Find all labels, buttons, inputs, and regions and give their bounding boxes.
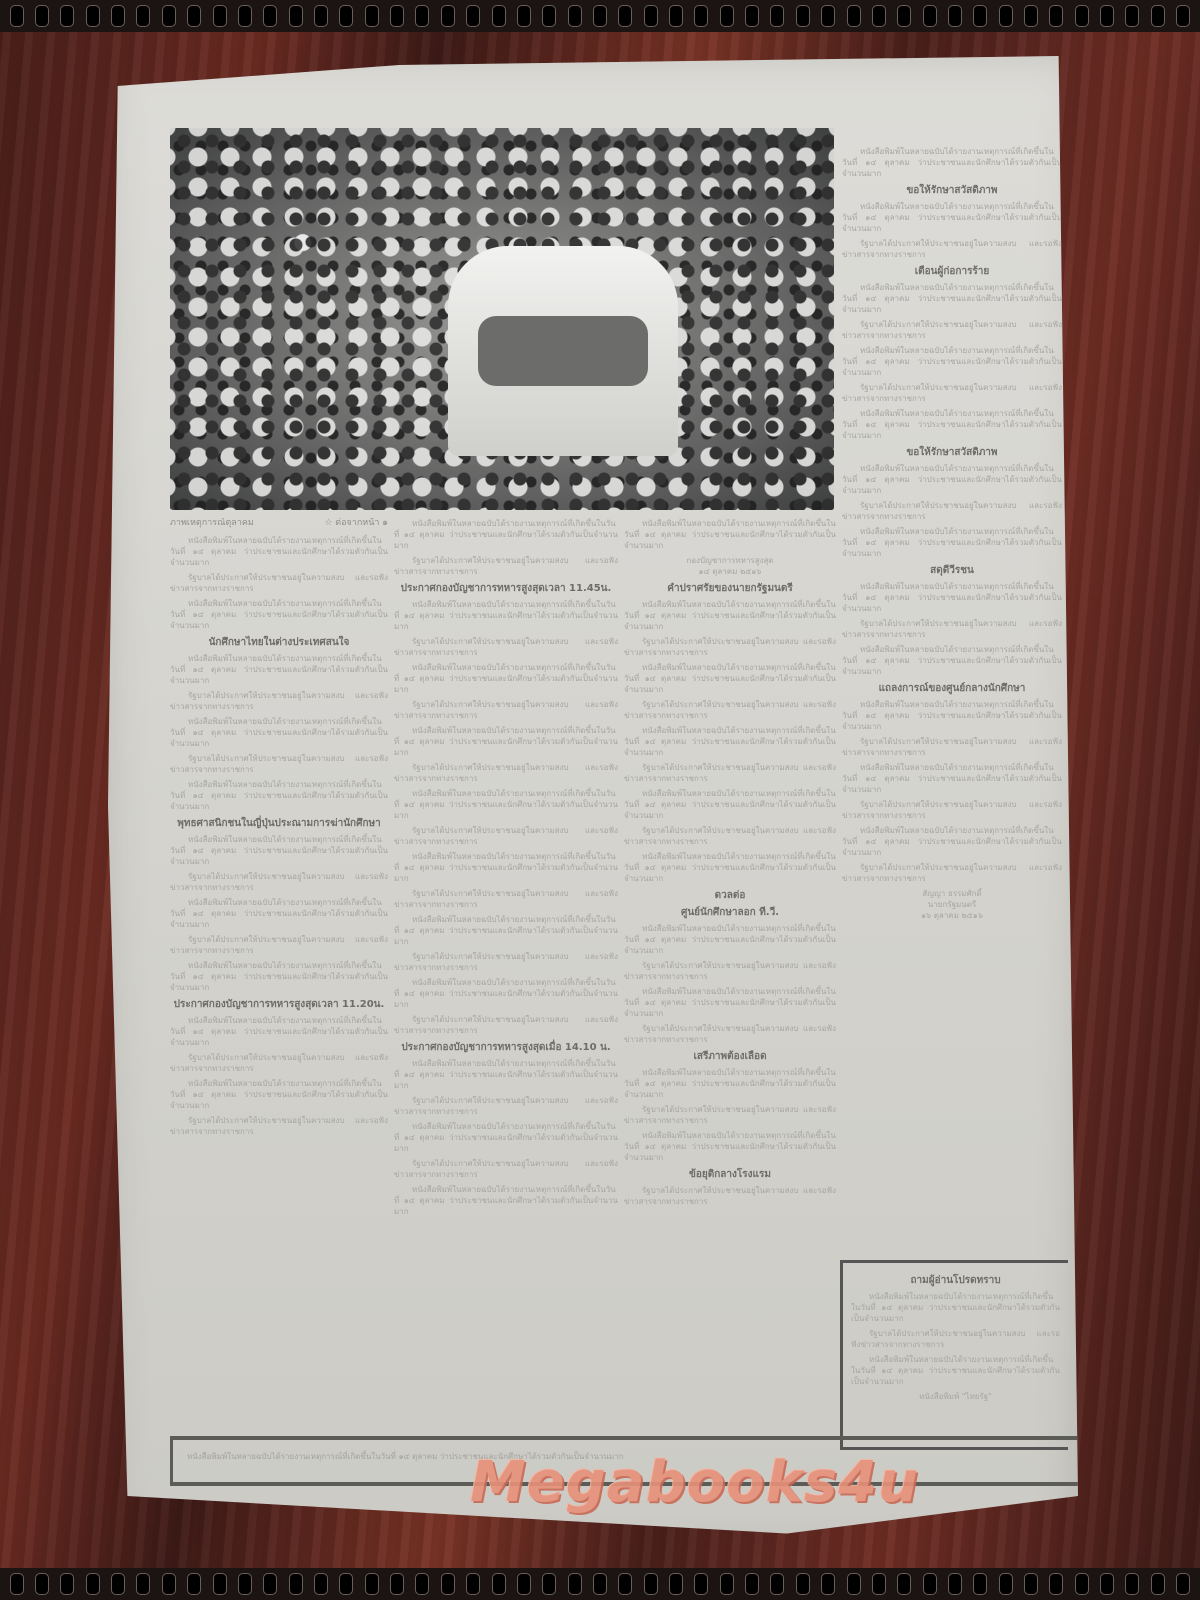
article-paragraph: รัฐบาลได้ประกาศให้ประชาชนอยู่ในความสงบ แ…	[394, 1095, 618, 1117]
article-paragraph: รัฐบาลได้ประกาศให้ประชาชนอยู่ในความสงบ แ…	[170, 572, 388, 594]
article-paragraph: หนังสือพิมพ์ในหลายฉบับได้รายงานเหตุการณ์…	[842, 146, 1062, 179]
article-paragraph: หนังสือพิมพ์ในหลายฉบับได้รายงานเหตุการณ์…	[394, 977, 618, 1010]
article-paragraph: หนังสือพิมพ์ในหลายฉบับได้รายงานเหตุการณ์…	[842, 408, 1062, 441]
article-paragraph: หนังสือพิมพ์ในหลายฉบับได้รายงานเหตุการณ์…	[624, 986, 836, 1019]
article-column-1: ภาพเหตุการณ์ตุลาคม ☆ ต่อจากหน้า ๑ หนังสื…	[170, 518, 388, 1428]
signature-line: กองบัญชาการทหารสูงสุด	[624, 555, 836, 566]
article-paragraph: หนังสือพิมพ์ในหลายฉบับได้รายงานเหตุการณ์…	[394, 914, 618, 947]
signature-date: ๑๖ ตุลาคม ๒๕๑๖	[842, 910, 1062, 921]
article-paragraph: รัฐบาลได้ประกาศให้ประชาชนอยู่ในความสงบ แ…	[394, 1014, 618, 1036]
film-strip-top	[0, 0, 1200, 32]
article-paragraph: รัฐบาลได้ประกาศให้ประชาชนอยู่ในความสงบ แ…	[394, 888, 618, 910]
article-paragraph: รัฐบาลได้ประกาศให้ประชาชนอยู่ในความสงบ แ…	[624, 762, 836, 784]
signature-name: สัญญา ธรรมศักดิ์	[842, 888, 1062, 899]
article-paragraph: รัฐบาลได้ประกาศให้ประชาชนอยู่ในความสงบ แ…	[842, 382, 1062, 404]
continued-marker: ☆ ต่อจากหน้า ๑	[324, 518, 388, 529]
article-paragraph: รัฐบาลได้ประกาศให้ประชาชนอยู่ในความสงบ แ…	[170, 753, 388, 775]
article-paragraph: หนังสือพิมพ์ในหลายฉบับได้รายงานเหตุการณ์…	[842, 526, 1062, 559]
article-paragraph: หนังสือพิมพ์ในหลายฉบับได้รายงานเหตุการณ์…	[842, 762, 1062, 795]
section-heading: เสรีภาพต้องเลือด	[624, 1051, 836, 1062]
article-paragraph: รัฐบาลได้ประกาศให้ประชาชนอยู่ในความสงบ แ…	[170, 690, 388, 712]
article-paragraph: หนังสือพิมพ์ในหลายฉบับได้รายงานเหตุการณ์…	[624, 1130, 836, 1163]
article-paragraph: หนังสือพิมพ์ในหลายฉบับได้รายงานเหตุการณ์…	[394, 662, 618, 695]
article-paragraph: รัฐบาลได้ประกาศให้ประชาชนอยู่ในความสงบ แ…	[170, 1052, 388, 1074]
article-paragraph: รัฐบาลได้ประกาศให้ประชาชนอยู่ในความสงบ แ…	[624, 699, 836, 721]
article-paragraph: รัฐบาลได้ประกาศให้ประชาชนอยู่ในความสงบ แ…	[624, 1104, 836, 1126]
article-paragraph: หนังสือพิมพ์ในหลายฉบับได้รายงานเหตุการณ์…	[394, 1184, 618, 1217]
article-paragraph: รัฐบาลได้ประกาศให้ประชาชนอยู่ในความสงบ แ…	[170, 1115, 388, 1137]
article-paragraph: หนังสือพิมพ์ในหลายฉบับได้รายงานเหตุการณ์…	[851, 1291, 1060, 1324]
article-paragraph: หนังสือพิมพ์ในหลายฉบับได้รายงานเหตุการณ์…	[170, 1015, 388, 1048]
article-paragraph: รัฐบาลได้ประกาศให้ประชาชนอยู่ในความสงบ แ…	[624, 825, 836, 847]
article-paragraph: หนังสือพิมพ์ในหลายฉบับได้รายงานเหตุการณ์…	[624, 725, 836, 758]
article-column-3: หนังสือพิมพ์ในหลายฉบับได้รายงานเหตุการณ์…	[624, 518, 836, 1428]
notice-box: ถามผู้อ่านโปรดทราบ หนังสือพิมพ์ในหลายฉบั…	[840, 1260, 1068, 1450]
section-heading: ดวลต่อ	[624, 890, 836, 901]
article-paragraph: รัฐบาลได้ประกาศให้ประชาชนอยู่ในความสงบ แ…	[394, 699, 618, 721]
article-paragraph: หนังสือพิมพ์ในหลายฉบับได้รายงานเหตุการณ์…	[624, 599, 836, 632]
article-paragraph: หนังสือพิมพ์ในหลายฉบับได้รายงานเหตุการณ์…	[842, 699, 1062, 732]
article-paragraph: รัฐบาลได้ประกาศให้ประชาชนอยู่ในความสงบ แ…	[624, 1185, 836, 1207]
article-paragraph: หนังสือพิมพ์ในหลายฉบับได้รายงานเหตุการณ์…	[624, 788, 836, 821]
article-paragraph: หนังสือพิมพ์ในหลายฉบับได้รายงานเหตุการณ์…	[624, 851, 836, 884]
article-paragraph: รัฐบาลได้ประกาศให้ประชาชนอยู่ในความสงบ แ…	[842, 618, 1062, 640]
section-heading: แถลงการณ์ของศูนย์กลางนักศึกษา	[842, 683, 1062, 694]
article-paragraph: รัฐบาลได้ประกาศให้ประชาชนอยู่ในความสงบ แ…	[842, 862, 1062, 884]
article-paragraph: รัฐบาลได้ประกาศให้ประชาชนอยู่ในความสงบ แ…	[842, 799, 1062, 821]
article-paragraph: หนังสือพิมพ์ในหลายฉบับได้รายงานเหตุการณ์…	[394, 725, 618, 758]
article-paragraph: รัฐบาลได้ประกาศให้ประชาชนอยู่ในความสงบ แ…	[170, 871, 388, 893]
section-heading: เตือนผู้ก่อการร้าย	[842, 266, 1062, 277]
article-paragraph: หนังสือพิมพ์ในหลายฉบับได้รายงานเหตุการณ์…	[842, 581, 1062, 614]
article-paragraph: หนังสือพิมพ์ในหลายฉบับได้รายงานเหตุการณ์…	[842, 825, 1062, 858]
section-heading: ขอให้รักษาสวัสดิภาพ	[842, 185, 1062, 196]
article-paragraph: หนังสือพิมพ์ในหลายฉบับได้รายงานเหตุการณ์…	[851, 1354, 1060, 1387]
article-paragraph: รัฐบาลได้ประกาศให้ประชาชนอยู่ในความสงบ แ…	[394, 825, 618, 847]
article-paragraph: หนังสือพิมพ์ในหลายฉบับได้รายงานเหตุการณ์…	[394, 788, 618, 821]
article-paragraph: หนังสือพิมพ์ในหลายฉบับได้รายงานเหตุการณ์…	[170, 598, 388, 631]
article-paragraph: หนังสือพิมพ์ในหลายฉบับได้รายงานเหตุการณ์…	[624, 662, 836, 695]
article-column-4: หนังสือพิมพ์ในหลายฉบับได้รายงานเหตุการณ์…	[842, 146, 1062, 1246]
article-paragraph: รัฐบาลได้ประกาศให้ประชาชนอยู่ในความสงบ แ…	[842, 500, 1062, 522]
article-paragraph: หนังสือพิมพ์ในหลายฉบับได้รายงานเหตุการณ์…	[170, 834, 388, 867]
article-paragraph: รัฐบาลได้ประกาศให้ประชาชนอยู่ในความสงบ แ…	[842, 319, 1062, 341]
notice-signature: หนังสือพิมพ์ "ไทยรัฐ"	[851, 1391, 1060, 1402]
article-paragraph: รัฐบาลได้ประกาศให้ประชาชนอยู่ในความสงบ แ…	[624, 1023, 836, 1045]
notice-title: ถามผู้อ่านโปรดทราบ	[851, 1275, 1060, 1286]
article-paragraph: รัฐบาลได้ประกาศให้ประชาชนอยู่ในความสงบ แ…	[851, 1328, 1060, 1350]
article-paragraph: หนังสือพิมพ์ในหลายฉบับได้รายงานเหตุการณ์…	[842, 201, 1062, 234]
watermark: Megabooks4u	[470, 1450, 919, 1515]
article-paragraph: หนังสือพิมพ์ในหลายฉบับได้รายงานเหตุการณ์…	[170, 716, 388, 749]
article-paragraph: หนังสือพิมพ์ในหลายฉบับได้รายงานเหตุการณ์…	[170, 1078, 388, 1111]
article-paragraph: รัฐบาลได้ประกาศให้ประชาชนอยู่ในความสงบ แ…	[170, 934, 388, 956]
section-heading: ข้อยุติกลางโรงแรม	[624, 1169, 836, 1180]
section-heading: ขอให้รักษาสวัสดิภาพ	[842, 447, 1062, 458]
signature-title: นายกรัฐมนตรี	[842, 899, 1062, 910]
news-photo-crowd	[170, 128, 834, 510]
photo-caption: ภาพเหตุการณ์ตุลาคม	[170, 518, 254, 529]
section-heading: คำปราศรัยของนายกรัฐมนตรี	[624, 583, 836, 594]
film-strip-bottom	[0, 1568, 1200, 1600]
article-paragraph: รัฐบาลได้ประกาศให้ประชาชนอยู่ในความสงบ แ…	[842, 238, 1062, 260]
article-paragraph: หนังสือพิมพ์ในหลายฉบับได้รายงานเหตุการณ์…	[394, 851, 618, 884]
article-paragraph: หนังสือพิมพ์ในหลายฉบับได้รายงานเหตุการณ์…	[170, 897, 388, 930]
date-line: ๑๔ ตุลาคม ๒๕๑๖	[624, 566, 836, 577]
section-heading: นักศึกษาไทยในต่างประเทศสนใจ	[170, 637, 388, 648]
article-paragraph: รัฐบาลได้ประกาศให้ประชาชนอยู่ในความสงบ แ…	[394, 555, 618, 577]
article-paragraph: หนังสือพิมพ์ในหลายฉบับได้รายงานเหตุการณ์…	[170, 779, 388, 812]
vehicle-in-photo	[448, 246, 678, 456]
article-paragraph: หนังสือพิมพ์ในหลายฉบับได้รายงานเหตุการณ์…	[842, 345, 1062, 378]
article-paragraph: หนังสือพิมพ์ในหลายฉบับได้รายงานเหตุการณ์…	[394, 1121, 618, 1154]
article-paragraph: รัฐบาลได้ประกาศให้ประชาชนอยู่ในความสงบ แ…	[624, 960, 836, 982]
article-paragraph: รัฐบาลได้ประกาศให้ประชาชนอยู่ในความสงบ แ…	[394, 636, 618, 658]
section-heading: สดุดีวีรชน	[842, 565, 1062, 576]
article-paragraph: หนังสือพิมพ์ในหลายฉบับได้รายงานเหตุการณ์…	[394, 518, 618, 551]
article-paragraph: หนังสือพิมพ์ในหลายฉบับได้รายงานเหตุการณ์…	[170, 960, 388, 993]
article-paragraph: หนังสือพิมพ์ในหลายฉบับได้รายงานเหตุการณ์…	[842, 282, 1062, 315]
article-paragraph: รัฐบาลได้ประกาศให้ประชาชนอยู่ในความสงบ แ…	[394, 951, 618, 973]
article-column-2: หนังสือพิมพ์ในหลายฉบับได้รายงานเหตุการณ์…	[394, 518, 618, 1428]
article-paragraph: หนังสือพิมพ์ในหลายฉบับได้รายงานเหตุการณ์…	[624, 923, 836, 956]
article-paragraph: หนังสือพิมพ์ในหลายฉบับได้รายงานเหตุการณ์…	[394, 599, 618, 632]
article-paragraph: รัฐบาลได้ประกาศให้ประชาชนอยู่ในความสงบ แ…	[842, 736, 1062, 758]
article-paragraph: รัฐบาลได้ประกาศให้ประชาชนอยู่ในความสงบ แ…	[394, 762, 618, 784]
article-paragraph: หนังสือพิมพ์ในหลายฉบับได้รายงานเหตุการณ์…	[624, 1067, 836, 1100]
article-paragraph: รัฐบาลได้ประกาศให้ประชาชนอยู่ในความสงบ แ…	[394, 1158, 618, 1180]
article-paragraph: หนังสือพิมพ์ในหลายฉบับได้รายงานเหตุการณ์…	[842, 463, 1062, 496]
article-paragraph: หนังสือพิมพ์ในหลายฉบับได้รายงานเหตุการณ์…	[624, 518, 836, 551]
newspaper-page: ภาพเหตุการณ์ตุลาคม ☆ ต่อจากหน้า ๑ หนังสื…	[108, 56, 1078, 1556]
article-paragraph: หนังสือพิมพ์ในหลายฉบับได้รายงานเหตุการณ์…	[170, 653, 388, 686]
article-paragraph: หนังสือพิมพ์ในหลายฉบับได้รายงานเหตุการณ์…	[842, 644, 1062, 677]
section-heading: ประกาศกองบัญชาการทหารสูงสุดเวลา 11.45น.	[394, 583, 618, 594]
article-paragraph: หนังสือพิมพ์ในหลายฉบับได้รายงานเหตุการณ์…	[170, 535, 388, 568]
section-heading: ประกาศกองบัญชาการทหารสูงสุดเวลา 11.20น.	[170, 999, 388, 1010]
article-paragraph: หนังสือพิมพ์ในหลายฉบับได้รายงานเหตุการณ์…	[394, 1058, 618, 1091]
section-heading: พุทธศาสนิกชนในญี่ปุ่นประณามการฆ่านักศึกษ…	[170, 818, 388, 829]
section-heading: ประกาศกองบัญชาการทหารสูงสุดเมื่อ 14.10 น…	[394, 1042, 618, 1053]
article-paragraph: รัฐบาลได้ประกาศให้ประชาชนอยู่ในความสงบ แ…	[624, 636, 836, 658]
section-heading: ศูนย์นักศึกษาลอก ที.วี.	[624, 907, 836, 918]
